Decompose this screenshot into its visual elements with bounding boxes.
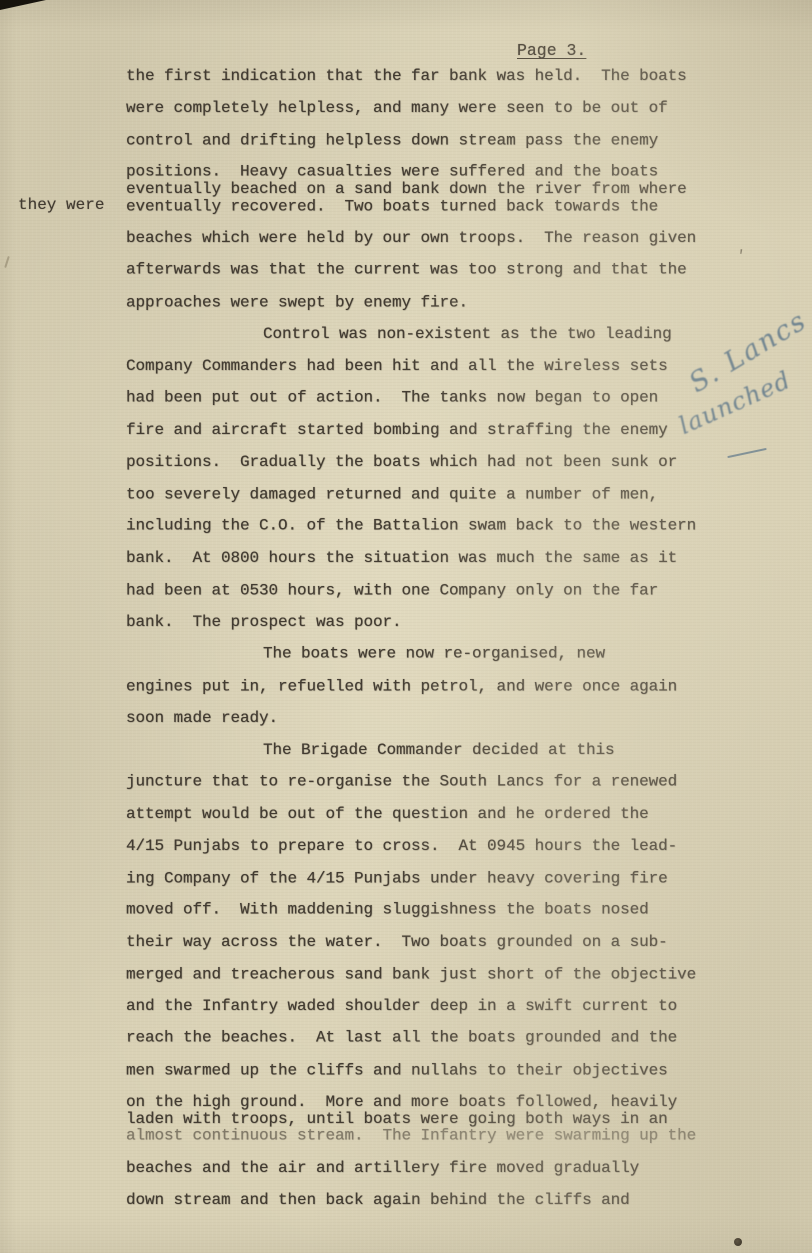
typed-line: fire and aircraft started bombing and st… — [126, 421, 668, 441]
typewritten-document-page: Page 3. they were the first indication t… — [0, 0, 812, 1253]
typed-line: eventually recovered. Two boats turned b… — [126, 198, 658, 218]
typed-line: 4/15 Punjabs to prepare to cross. At 094… — [126, 837, 677, 857]
typed-line: ing Company of the 4/15 Punjabs under he… — [126, 870, 668, 890]
typed-line: were completely helpless, and many were … — [126, 99, 668, 119]
typed-line: had been at 0530 hours, with one Company… — [126, 582, 658, 602]
typed-line: bank. The prospect was poor. — [126, 613, 402, 633]
typed-line: beaches and the air and artillery fire m… — [126, 1159, 639, 1179]
typed-line: bank. At 0800 hours the situation was mu… — [126, 549, 677, 569]
typed-line: too severely damaged returned and quite … — [126, 486, 658, 506]
typed-line: Company Commanders had been hit and all … — [126, 357, 668, 377]
typed-line: men swarmed up the cliffs and nullahs to… — [126, 1062, 668, 1082]
typed-line: had been put out of action. The tanks no… — [126, 389, 658, 409]
typed-line: afterwards was that the current was too … — [126, 261, 687, 281]
typed-line: including the C.O. of the Battalion swam… — [126, 517, 696, 537]
typed-line: reach the beaches. At last all the boats… — [126, 1029, 677, 1049]
typed-line: soon made ready. — [126, 709, 278, 729]
typed-line: positions. Gradually the boats which had… — [126, 453, 677, 473]
typed-line: beaches which were held by our own troop… — [126, 229, 696, 249]
typed-line: The Brigade Commander decided at this — [126, 741, 615, 761]
typed-text-body: the first indication that the far bank w… — [0, 0, 812, 1253]
ink-spot — [734, 1238, 742, 1246]
typed-line: merged and treacherous sand bank just sh… — [126, 966, 696, 986]
typed-line: The boats were now re-organised, new — [126, 645, 605, 665]
typed-line: moved off. With maddening sluggishness t… — [126, 901, 649, 921]
typed-line: the first indication that the far bank w… — [126, 67, 687, 87]
typed-line: Control was non-existent as the two lead… — [126, 325, 672, 345]
typed-line: attempt would be out of the question and… — [126, 805, 649, 825]
typed-line: and the Infantry waded shoulder deep in … — [126, 997, 677, 1017]
typed-line: control and drifting helpless down strea… — [126, 132, 658, 152]
typed-line: their way across the water. Two boats gr… — [126, 933, 668, 953]
typed-line: juncture that to re-organise the South L… — [126, 773, 677, 793]
typed-line: almost continuous stream. The Infantry w… — [126, 1127, 696, 1147]
typed-line: down stream and then back again behind t… — [126, 1191, 630, 1211]
typed-line: approaches were swept by enemy fire. — [126, 294, 468, 314]
typed-line: engines put in, refuelled with petrol, a… — [126, 678, 677, 698]
